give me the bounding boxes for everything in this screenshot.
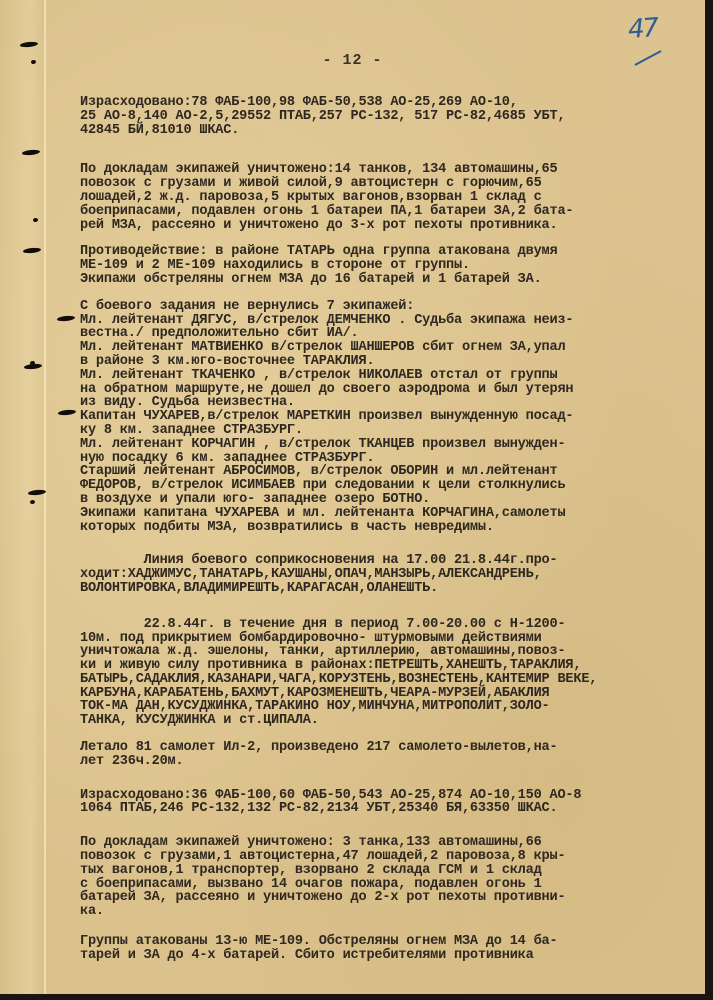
text-line: ки и живую силу противника в районах:ПЕТ… — [80, 659, 692, 673]
text-line: Мл. лейтенант МАТВИЕНКО в/стрелок ШАНШЕР… — [80, 341, 692, 355]
typewritten-body: Израсходовано:78 ФАБ-100,98 ФАБ-50,538 А… — [80, 96, 692, 976]
binding-hole — [57, 315, 75, 322]
paragraph-opposition-2: Группы атакованы 13-ю МЕ-109. Обстреляны… — [80, 935, 692, 963]
text-line: лет 236ч.20м. — [80, 755, 692, 769]
text-line: КАРБУНА,КАРАБАТЕНЬ,БАХМУТ,КАРОЗМЕНЕШТЬ,Ч… — [80, 687, 692, 701]
text-line: ку 8 км. западнее СТРАЗБУРГ. — [80, 424, 692, 438]
text-line: ВОЛОНТИРОВКА,ВЛАДИМИРЕШТЬ,КАРАГАСАН,ОЛАН… — [80, 582, 692, 596]
text-line: рей МЗА, рассеяно и уничтожено до 3-х ро… — [80, 219, 692, 233]
text-line: 42845 БЙ,81010 ШКАС. — [80, 124, 692, 138]
text-line: повозок с грузами,1 автоцистерна,47 лоша… — [80, 850, 692, 864]
paragraph-not-returned: С боевого задания не вернулись 7 экипаже… — [80, 300, 692, 535]
paragraph-expended-1: Израсходовано:78 ФАБ-100,98 ФАБ-50,538 А… — [80, 96, 692, 137]
paragraph-sorties: Летало 81 самолет Ил-2, произведено 217 … — [80, 741, 692, 769]
text-line: Противодействие: в районе ТАТАРЬ одна гр… — [80, 245, 692, 259]
text-line: Израсходовано:78 ФАБ-100,98 ФАБ-50,538 А… — [80, 96, 692, 110]
text-line: боеприпасами, подавлен огонь 1 батареи П… — [80, 205, 692, 219]
binding-hole — [33, 218, 38, 223]
text-line: Группы атакованы 13-ю МЕ-109. Обстреляны… — [80, 935, 692, 949]
paper-fold-line — [44, 0, 46, 994]
text-line: Экипажи капитана ЧУХАРЕВА и мл. лейтенан… — [80, 507, 692, 521]
paragraph-destroyed-2: По докладам экипажей уничтожено: 3 танка… — [80, 836, 692, 919]
text-line: 10м. под прикрытием бомбардировочно- шту… — [80, 632, 692, 646]
text-line: в воздухе и упали юго- западнее озеро БО… — [80, 493, 692, 507]
handwritten-folio-number: 47 — [627, 13, 658, 45]
text-line: 25 АО-8,140 АО-2,5,29552 ПТАБ,257 РС-132… — [80, 110, 692, 124]
text-line: ходит:ХАДЖИМУС,ТАНАТАРЬ,КАУШАНЫ,ОПАЧ,МАН… — [80, 568, 692, 582]
text-line: Капитан ЧУХАРЕВ,в/стрелок МАРЕТКИН произ… — [80, 410, 692, 424]
text-line: которых подбиты МЗА, возвратились в част… — [80, 521, 692, 535]
text-line: МЕ-109 и 2 МЕ-109 находились в стороне о… — [80, 259, 692, 273]
text-line: ФЕДОРОВ, в/стрелок ИСИМБАЕВ при следован… — [80, 479, 692, 493]
page-number: - 12 - — [0, 52, 705, 69]
text-line: БАТЫРЬ,САДАКЛИЯ,КАЗАНАРИ,ЧАГА,КОРУЗТЕНЬ,… — [80, 673, 692, 687]
text-line: По докладам экипажей уничтожено: 3 танка… — [80, 836, 692, 850]
text-line: повозок с грузами и живой силой,9 автоци… — [80, 177, 692, 191]
text-line: По докладам экипажей уничтожено:14 танко… — [80, 163, 692, 177]
paragraph-frontline: Линия боевого соприкосновения на 17.00 2… — [80, 554, 692, 595]
text-line: из виду. Судьба неизвестна. — [80, 396, 692, 410]
binding-hole — [30, 500, 35, 505]
text-line: ка. — [80, 905, 692, 919]
binding-hole — [58, 409, 76, 416]
binding-hole — [23, 247, 41, 254]
binding-hole — [22, 149, 40, 156]
paragraph-opposition-1: Противодействие: в районе ТАТАРЬ одна гр… — [80, 245, 692, 286]
text-line: С боевого задания не вернулись 7 экипаже… — [80, 300, 692, 314]
document-page: 47 - 12 - Израсходовано:78 ФАБ-100,98 ФА… — [0, 0, 705, 994]
text-line: ТАНКА, КУСУДЖИНКА и ст.ЦИПАЛА. — [80, 714, 692, 728]
paragraph-expended-2: Израсходовано:36 ФАБ-100,60 ФАБ-50,543 А… — [80, 789, 692, 817]
paragraph-day-22: 22.8.44г. в течение дня в период 7.00-20… — [80, 618, 692, 728]
binding-hole — [24, 363, 42, 370]
text-line: лошадей,2 ж.д. паровоза,5 крытых вагонов… — [80, 191, 692, 205]
text-line: тарей и ЗА до 4-х батарей. Сбито истреби… — [80, 949, 692, 963]
binding-hole — [20, 41, 38, 48]
text-line: 22.8.44г. в течение дня в период 7.00-20… — [80, 618, 692, 632]
text-line: Летало 81 самолет Ил-2, произведено 217 … — [80, 741, 692, 755]
text-line: в районе 3 км.юго-восточнее ТАРАКЛИЯ. — [80, 355, 692, 369]
text-line: ную посадку 6 км. западнее СТРАЗБУРГ. — [80, 452, 692, 466]
text-line: Экипажи обстреляны огнем МЗА до 16 батар… — [80, 273, 692, 287]
paragraph-destroyed-1: По докладам экипажей уничтожено:14 танко… — [80, 163, 692, 232]
text-line: 1064 ПТАБ,246 РС-132,132 РС-82,2134 УБТ,… — [80, 802, 692, 816]
text-line: Мл. лейтенант ТКАЧЕНКО , в/стрелок НИКОЛ… — [80, 369, 692, 383]
text-line: Израсходовано:36 ФАБ-100,60 ФАБ-50,543 А… — [80, 789, 692, 803]
text-line: Старший лейтенант АБРОСИМОВ, в/стрелок О… — [80, 465, 692, 479]
text-line: Мл. лейтенант КОРЧАГИН , в/стрелок ТКАНЦ… — [80, 438, 692, 452]
text-line: уничтожала ж.д. эшелоны, танки, артиллер… — [80, 645, 692, 659]
text-line: Линия боевого соприкосновения на 17.00 2… — [80, 554, 692, 568]
text-line: тых вагонов,1 транспортер, взорвано 2 ск… — [80, 864, 692, 878]
text-line: ТОК-МА ДАН,КУСУДЖИНКА,ТАРАКИНО НОУ,МИНЧУ… — [80, 700, 692, 714]
text-line: батарей ЗА, рассеяно и уничтожено до 2-х… — [80, 891, 692, 905]
